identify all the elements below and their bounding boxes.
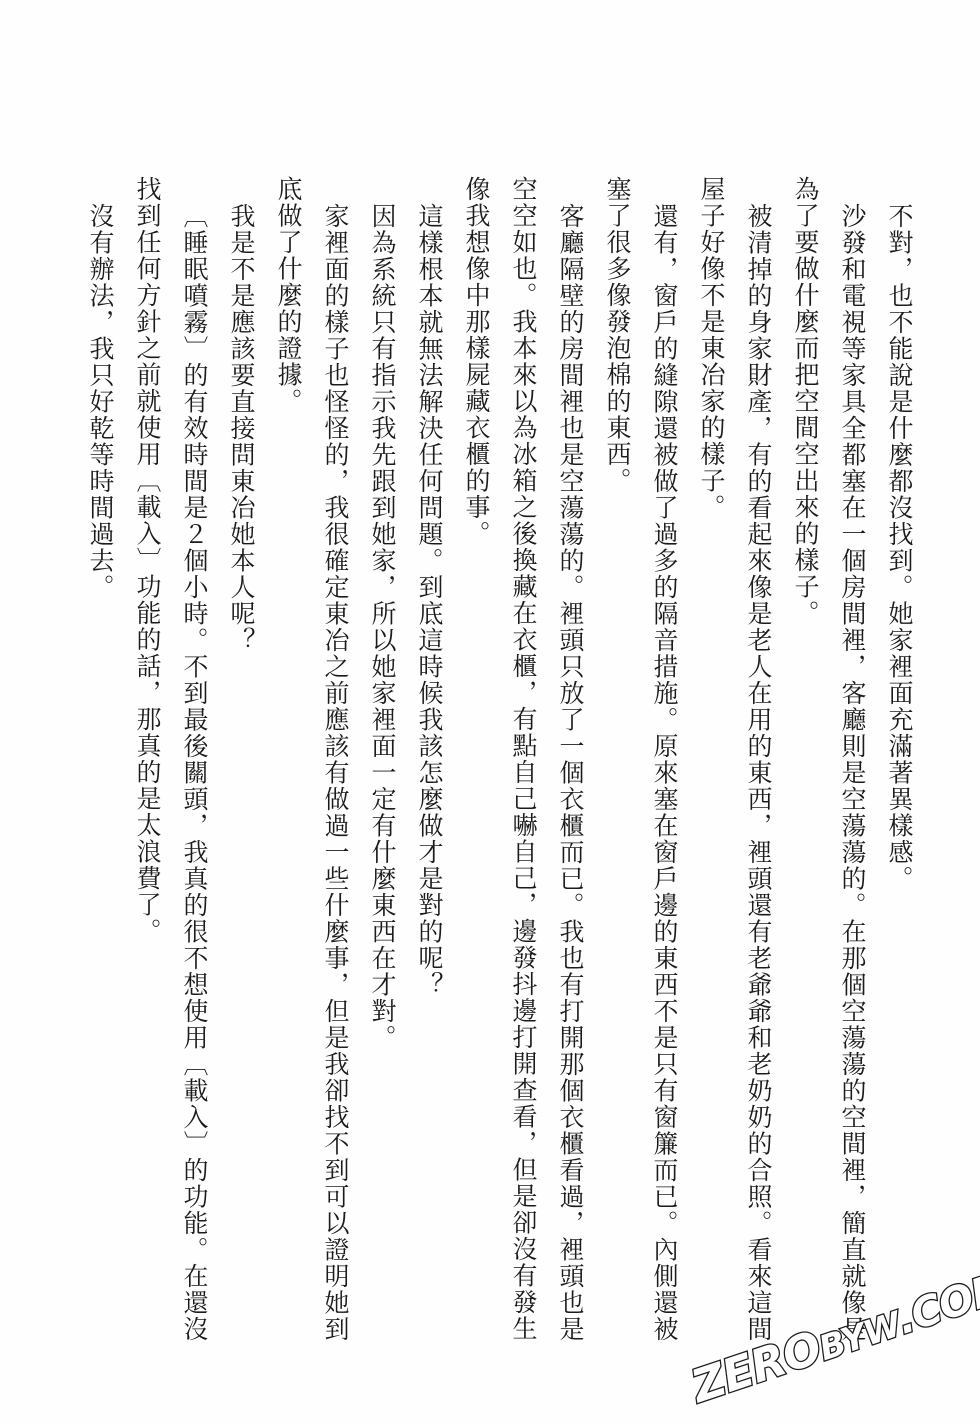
paragraph: 這樣根本就無法解決任何問題。到底這時候我該怎麼做才是對的呢？ (405, 176, 452, 1354)
watermark-text-byw: BYW (814, 1305, 906, 1369)
paragraph: 被清掉的身家財產，有的看起來像是老人在用的東西，裡頭還有老爺爺和老奶奶的合照。看… (687, 176, 781, 1354)
paragraph: 我是不是應該要直接問東冶她本人呢？ (217, 176, 264, 1354)
paragraph: 因為系統只有指示我先跟到她家，所以她家裡面一定有什麼東西在才對。 (358, 176, 405, 1354)
paragraph: 沙發和電視等家具全都塞在一個房間裡，客廳則是空蕩蕩的。在那個空蕩蕩的空間裡，簡直… (781, 176, 875, 1354)
book-page: 不對，也不能說是什麼都沒找到。她家裡面充滿著異樣感。 沙發和電視等家具全都塞在一… (0, 0, 980, 1426)
paragraph: 〔睡眠噴霧〕的有效時間是２個小時。不到最後關頭，我真的很不想使用〔載入〕的功能。… (123, 176, 217, 1354)
paragraph: 不對，也不能說是什麼都沒找到。她家裡面充滿著異樣感。 (875, 176, 922, 1354)
paragraph: 還有，窗戶的縫隙還被做了過多的隔音措施。原來塞在窗戶邊的東西不是只有窗簾而已。內… (593, 176, 687, 1354)
paragraph: 沒有辦法，我只好乾等時間過去。 (76, 176, 123, 1354)
paragraph: 客廳隔壁的房間裡也是空蕩蕩的。裡頭只放了一個衣櫃而已。我也有打開那個衣櫃看過，裡… (452, 176, 593, 1354)
paragraph: 家裡面的樣子也怪怪的，我很確定東冶之前應該有做過一些什麼事，但是我卻找不到可以證… (264, 176, 358, 1354)
vertical-text-block: 不對，也不能說是什麼都沒找到。她家裡面充滿著異樣感。 沙發和電視等家具全都塞在一… (76, 176, 922, 1354)
